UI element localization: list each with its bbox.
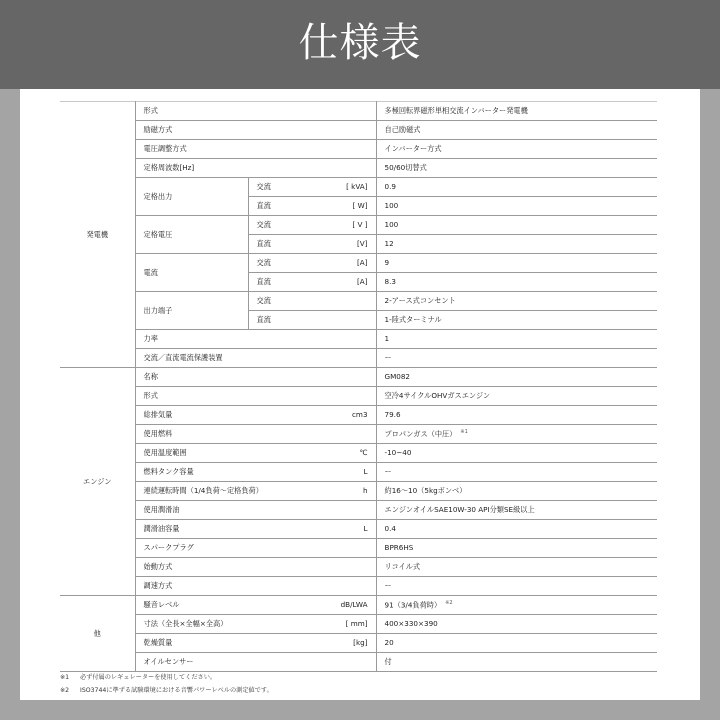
row-label: 励磁方式 [135,121,376,140]
row-value: 約16～10（5kgボンベ） [376,482,657,501]
row-value: リコイル式 [376,558,657,577]
row-value: ー [376,577,657,596]
row-label-text: 潤滑油容量 [144,524,180,533]
table-row: スパークプラグ BPR6HS [60,539,657,558]
footnote: ※2 ISO3744に準ずる試験環境における音響パワーレベルの測定値です。 [60,684,273,697]
sub-label-text: 直流 [257,239,271,248]
row-label: 騒音レベル dB/LWA [135,596,376,615]
table-row: 使用潤滑油 エンジンオイルSAE10W-30 API分類SE級以上 [60,501,657,520]
footnote-mark: ※1 [60,671,80,684]
unit-label: [ mm] [346,620,368,627]
row-value: ー [376,463,657,482]
row-value: 79.6 [376,406,657,425]
table-row: 他 騒音レベル dB/LWA 91（3/4負荷時）※2 [60,596,657,615]
row-label: 乾燥質量 [kg] [135,634,376,653]
row-value: 91（3/4負荷時）※2 [376,596,657,615]
page-title: 仕様表 [299,23,422,63]
row-label: 交流／直流電流保護装置 [135,349,376,368]
group-other: 他 [60,596,135,672]
row-label: 力率 [135,330,376,349]
unit-label: [A] [357,278,368,285]
footnote-mark: ※2 [60,684,80,697]
row-label: 名称 [135,368,376,387]
row-value: 0.4 [376,520,657,539]
sub-label-text: 交流 [257,258,271,267]
table-row: 使用温度範囲 ℃ -10~40 [60,444,657,463]
table-row: 電圧調整方式 インバーター方式 [60,140,657,159]
table-row: 励磁方式 自己励磁式 [60,121,657,140]
table-row: 燃料タンク容量 L ー [60,463,657,482]
footnotes: ※1 必ず付属のレギュレーターを使用してください。 ※2 ISO3744に準ずる… [60,671,273,697]
row-value: 付 [376,653,657,672]
table-row: 始動方式 リコイル式 [60,558,657,577]
row-value: 8.3 [376,273,657,292]
table-row: 定格周波数[Hz] 50/60切替式 [60,159,657,178]
row-value-text: プロパンガス（中圧） [385,430,457,439]
sub-label-text: 交流 [257,182,271,191]
table-row: 総排気量 cm3 79.6 [60,406,657,425]
unit-label: [V] [357,240,368,247]
footnote: ※1 必ず付属のレギュレーターを使用してください。 [60,671,273,684]
sub-label-text: 交流 [257,220,271,229]
sub-label-text: 直流 [257,277,271,286]
row-value: プロパンガス（中圧）※1 [376,425,657,444]
row-label-text: 寸法（全長×全幅×全高） [144,619,228,628]
unit-label: [ W] [353,202,368,209]
sub-label: 直流 [V] [248,235,376,254]
row-label: 燃料タンク容量 L [135,463,376,482]
row-label: 調速方式 [135,577,376,596]
row-value: 1 [376,330,657,349]
row-value: 多極回転界磁形単相交流インバーター発電機 [376,102,657,121]
row-value: 50/60切替式 [376,159,657,178]
table-row: 定格出力 交流 [ kVA] 0.9 [60,178,657,197]
footnote-text: 必ず付属のレギュレーターを使用してください。 [80,671,216,684]
spec-table: 発電機 形式 多極回転界磁形単相交流インバーター発電機 励磁方式 自己励磁式 電… [60,101,657,672]
row-value: 20 [376,634,657,653]
footnote-ref: ※2 [445,600,452,606]
row-label-text: 使用温度範囲 [144,448,187,457]
row-value: 0.9 [376,178,657,197]
spec-card: 発電機 形式 多極回転界磁形単相交流インバーター発電機 励磁方式 自己励磁式 電… [20,89,700,700]
row-label: 始動方式 [135,558,376,577]
sub-label: 直流 [248,311,376,330]
table-row: エンジン 名称 GM082 [60,368,657,387]
group-generator: 発電機 [60,102,135,368]
unit-label: h [363,487,368,494]
table-row: 使用燃料 プロパンガス（中圧）※1 [60,425,657,444]
table-row: 潤滑油容量 L 0.4 [60,520,657,539]
row-label: 電圧調整方式 [135,140,376,159]
row-value: 空冷4サイクルOHVガスエンジン [376,387,657,406]
sub-label: 交流 [ kVA] [248,178,376,197]
row-value: GM082 [376,368,657,387]
row-value: BPR6HS [376,539,657,558]
table-row: 調速方式 ー [60,577,657,596]
row-label-text: 騒音レベル [144,600,180,609]
footnote-text: ISO3744に準ずる試験環境における音響パワーレベルの測定値です。 [80,684,273,697]
row-label: 電流 [135,254,248,292]
row-label: 使用潤滑油 [135,501,376,520]
table-row: 形式 空冷4サイクルOHVガスエンジン [60,387,657,406]
sub-label: 交流 [ V ] [248,216,376,235]
row-label: 連続運転時間（1/4負荷～定格負荷） h [135,482,376,501]
sub-label: 交流 [A] [248,254,376,273]
unit-label: [kg] [353,639,367,646]
sub-label-text: 直流 [257,201,271,210]
footnote-ref: ※1 [460,429,467,435]
sub-label: 直流 [ W] [248,197,376,216]
row-label: 総排気量 cm3 [135,406,376,425]
table-row: 連続運転時間（1/4負荷～定格負荷） h 約16～10（5kgボンベ） [60,482,657,501]
sub-label: 交流 [248,292,376,311]
table-row: 力率 1 [60,330,657,349]
unit-label: [ V ] [352,221,367,228]
row-value-text: 91（3/4負荷時） [385,601,442,610]
unit-label: dB/LWA [341,601,368,608]
row-value: インバーター方式 [376,140,657,159]
row-label: 使用燃料 [135,425,376,444]
row-value: 400×330×390 [376,615,657,634]
row-value: 1-陸式ターミナル [376,311,657,330]
unit-label: [A] [357,259,368,266]
row-label: 出力端子 [135,292,248,330]
table-row: 発電機 形式 多極回転界磁形単相交流インバーター発電機 [60,102,657,121]
unit-label: cm3 [352,411,368,418]
row-value: -10~40 [376,444,657,463]
table-row: 乾燥質量 [kg] 20 [60,634,657,653]
row-label-text: 連続運転時間（1/4負荷～定格負荷） [144,486,263,495]
row-label: 形式 [135,387,376,406]
table-row: 交流／直流電流保護装置 ー [60,349,657,368]
row-label: オイルセンサー [135,653,376,672]
sub-label: 直流 [A] [248,273,376,292]
row-value: ー [376,349,657,368]
row-value: 2-アース式コンセント [376,292,657,311]
row-label: 使用温度範囲 ℃ [135,444,376,463]
unit-label: ℃ [359,449,367,456]
row-label-text: 燃料タンク容量 [144,467,194,476]
row-label: スパークプラグ [135,539,376,558]
unit-label: L [364,468,368,475]
row-label-text: 乾燥質量 [144,638,173,647]
table-row: 出力端子 交流 2-アース式コンセント [60,292,657,311]
row-value: 12 [376,235,657,254]
row-value: エンジンオイルSAE10W-30 API分類SE級以上 [376,501,657,520]
row-label-text: 総排気量 [144,410,173,419]
row-label: 潤滑油容量 L [135,520,376,539]
table-row: 電流 交流 [A] 9 [60,254,657,273]
row-value: 100 [376,216,657,235]
group-engine: エンジン [60,368,135,596]
unit-label: [ kVA] [346,183,367,190]
row-label: 定格周波数[Hz] [135,159,376,178]
table-row: オイルセンサー 付 [60,653,657,672]
row-value: 9 [376,254,657,273]
row-value: 100 [376,197,657,216]
table-row: 定格電圧 交流 [ V ] 100 [60,216,657,235]
unit-label: L [364,525,368,532]
row-label: 形式 [135,102,376,121]
table-row: 寸法（全長×全幅×全高） [ mm] 400×330×390 [60,615,657,634]
row-label: 定格電圧 [135,216,248,254]
row-label: 寸法（全長×全幅×全高） [ mm] [135,615,376,634]
page-header: 仕様表 [0,0,720,89]
row-value: 自己励磁式 [376,121,657,140]
row-label: 定格出力 [135,178,248,216]
